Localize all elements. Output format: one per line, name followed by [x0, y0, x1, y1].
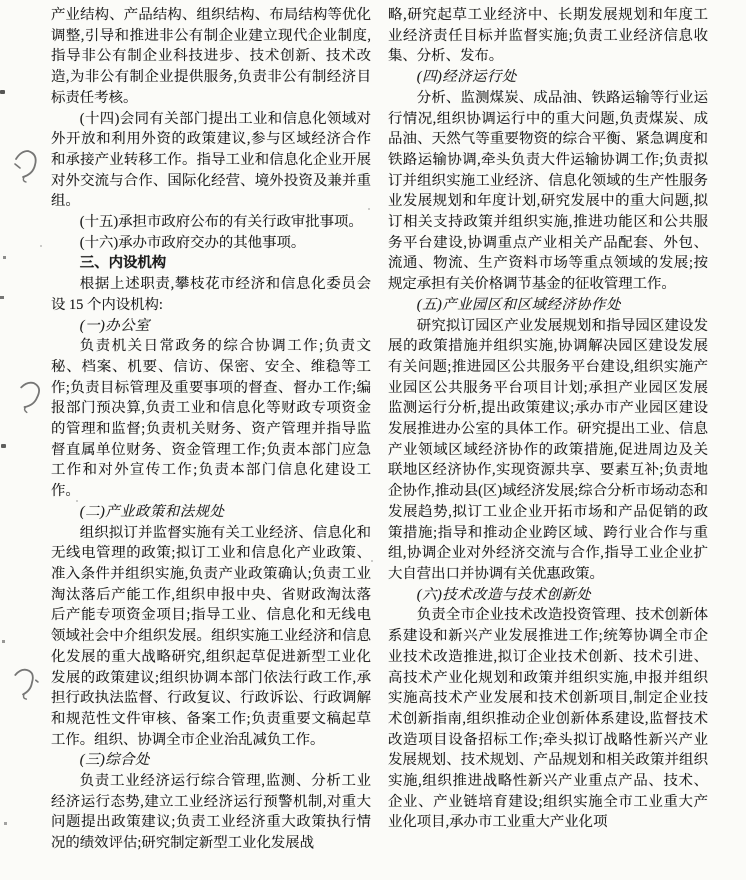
para-item-16: (十六)承办市政府交办的其他事项。 — [51, 233, 371, 254]
para-economic-operation-duties: 分析、监测煤炭、成品油、铁路运输等行业运行情况,组织协调运行中的重大问题,负责煤… — [388, 88, 708, 295]
scan-speck — [3, 256, 6, 259]
heading-internal-structure: 三、内设机构 — [51, 253, 371, 274]
handwritten-pen-mark — [12, 148, 46, 184]
para-office-duties: 负责机关日常政务的综合协调工作;负责文秘、档案、机要、信访、保密、安全、维稳等工… — [51, 336, 371, 502]
heading-division-1-office: (一)办公室 — [51, 316, 371, 337]
scan-dot — [40, 245, 42, 247]
scan-speck — [0, 296, 4, 299]
scan-speck — [2, 640, 5, 643]
scan-dot — [76, 500, 78, 502]
heading-division-5-industrial-parks: (五)产业园区和区域经济协作处 — [388, 295, 708, 316]
scan-speck — [4, 822, 7, 825]
handwritten-pen-mark — [8, 664, 45, 703]
heading-division-2-industrial-policy: (二)产业政策和法规处 — [51, 502, 371, 523]
para-intro-15-divisions: 根据上述职责,攀枝花市经济和信息化委员会设 15 个内设机构: — [51, 274, 371, 315]
para-industrial-policy-duties: 组织拟订并监督实施有关工业经济、信息化和无线电管理的政策;拟订工业和信息化产业政… — [51, 523, 371, 751]
scan-speck — [0, 90, 5, 94]
para-comprehensive-duties-continued: 略,研究起草工业经济中、长期发展规划和年度工业经济责任目标并监督实施;负责工业经… — [388, 5, 708, 67]
heading-division-6-tech-innovation: (六)技术改造与技术创新处 — [388, 585, 708, 606]
para-tech-innovation-duties: 负责全市企业技术改造投资管理、技术创新体系建设和新兴产业发展推进工作;统筹协调全… — [388, 605, 708, 833]
heading-division-4-economic-operation: (四)经济运行处 — [388, 67, 708, 88]
right-text-column: 略,研究起草工业经济中、长期发展规划和年度工业经济责任目标并监督实施;负责工业经… — [388, 5, 708, 833]
left-text-column: 产业结构、产品结构、组织结构、布局结构等优化调整,引导和推进非公有制企业建立现代… — [51, 5, 371, 854]
scan-speck — [1, 444, 6, 448]
para-item-14: (十四)会同有关部门提出工业和信息化领域对外开放和利用外资的政策建议,参与区域经… — [51, 109, 371, 213]
scan-dot — [368, 208, 370, 210]
heading-division-3-comprehensive: (三)综合处 — [51, 750, 371, 771]
handwritten-pen-mark — [13, 377, 52, 417]
document-page: 产业结构、产品结构、组织结构、布局结构等优化调整,引导和推进非公有制企业建立现代… — [0, 0, 746, 880]
para-nonpublic-economy-continued: 产业结构、产品结构、组织结构、布局结构等优化调整,引导和推进非公有制企业建立现代… — [51, 5, 371, 109]
para-industrial-parks-duties: 研究拟订园区产业发展规划和指导园区建设发展的政策措施并组织实施,协调解决园区建设… — [388, 316, 708, 585]
scan-dot — [371, 560, 373, 562]
para-item-15: (十五)承担市政府公布的有关行政审批事项。 — [51, 212, 371, 233]
para-comprehensive-duties: 负责工业经济运行综合管理,监测、分析工业经济运行态势,建立工业经济运行预警机制,… — [51, 771, 371, 854]
